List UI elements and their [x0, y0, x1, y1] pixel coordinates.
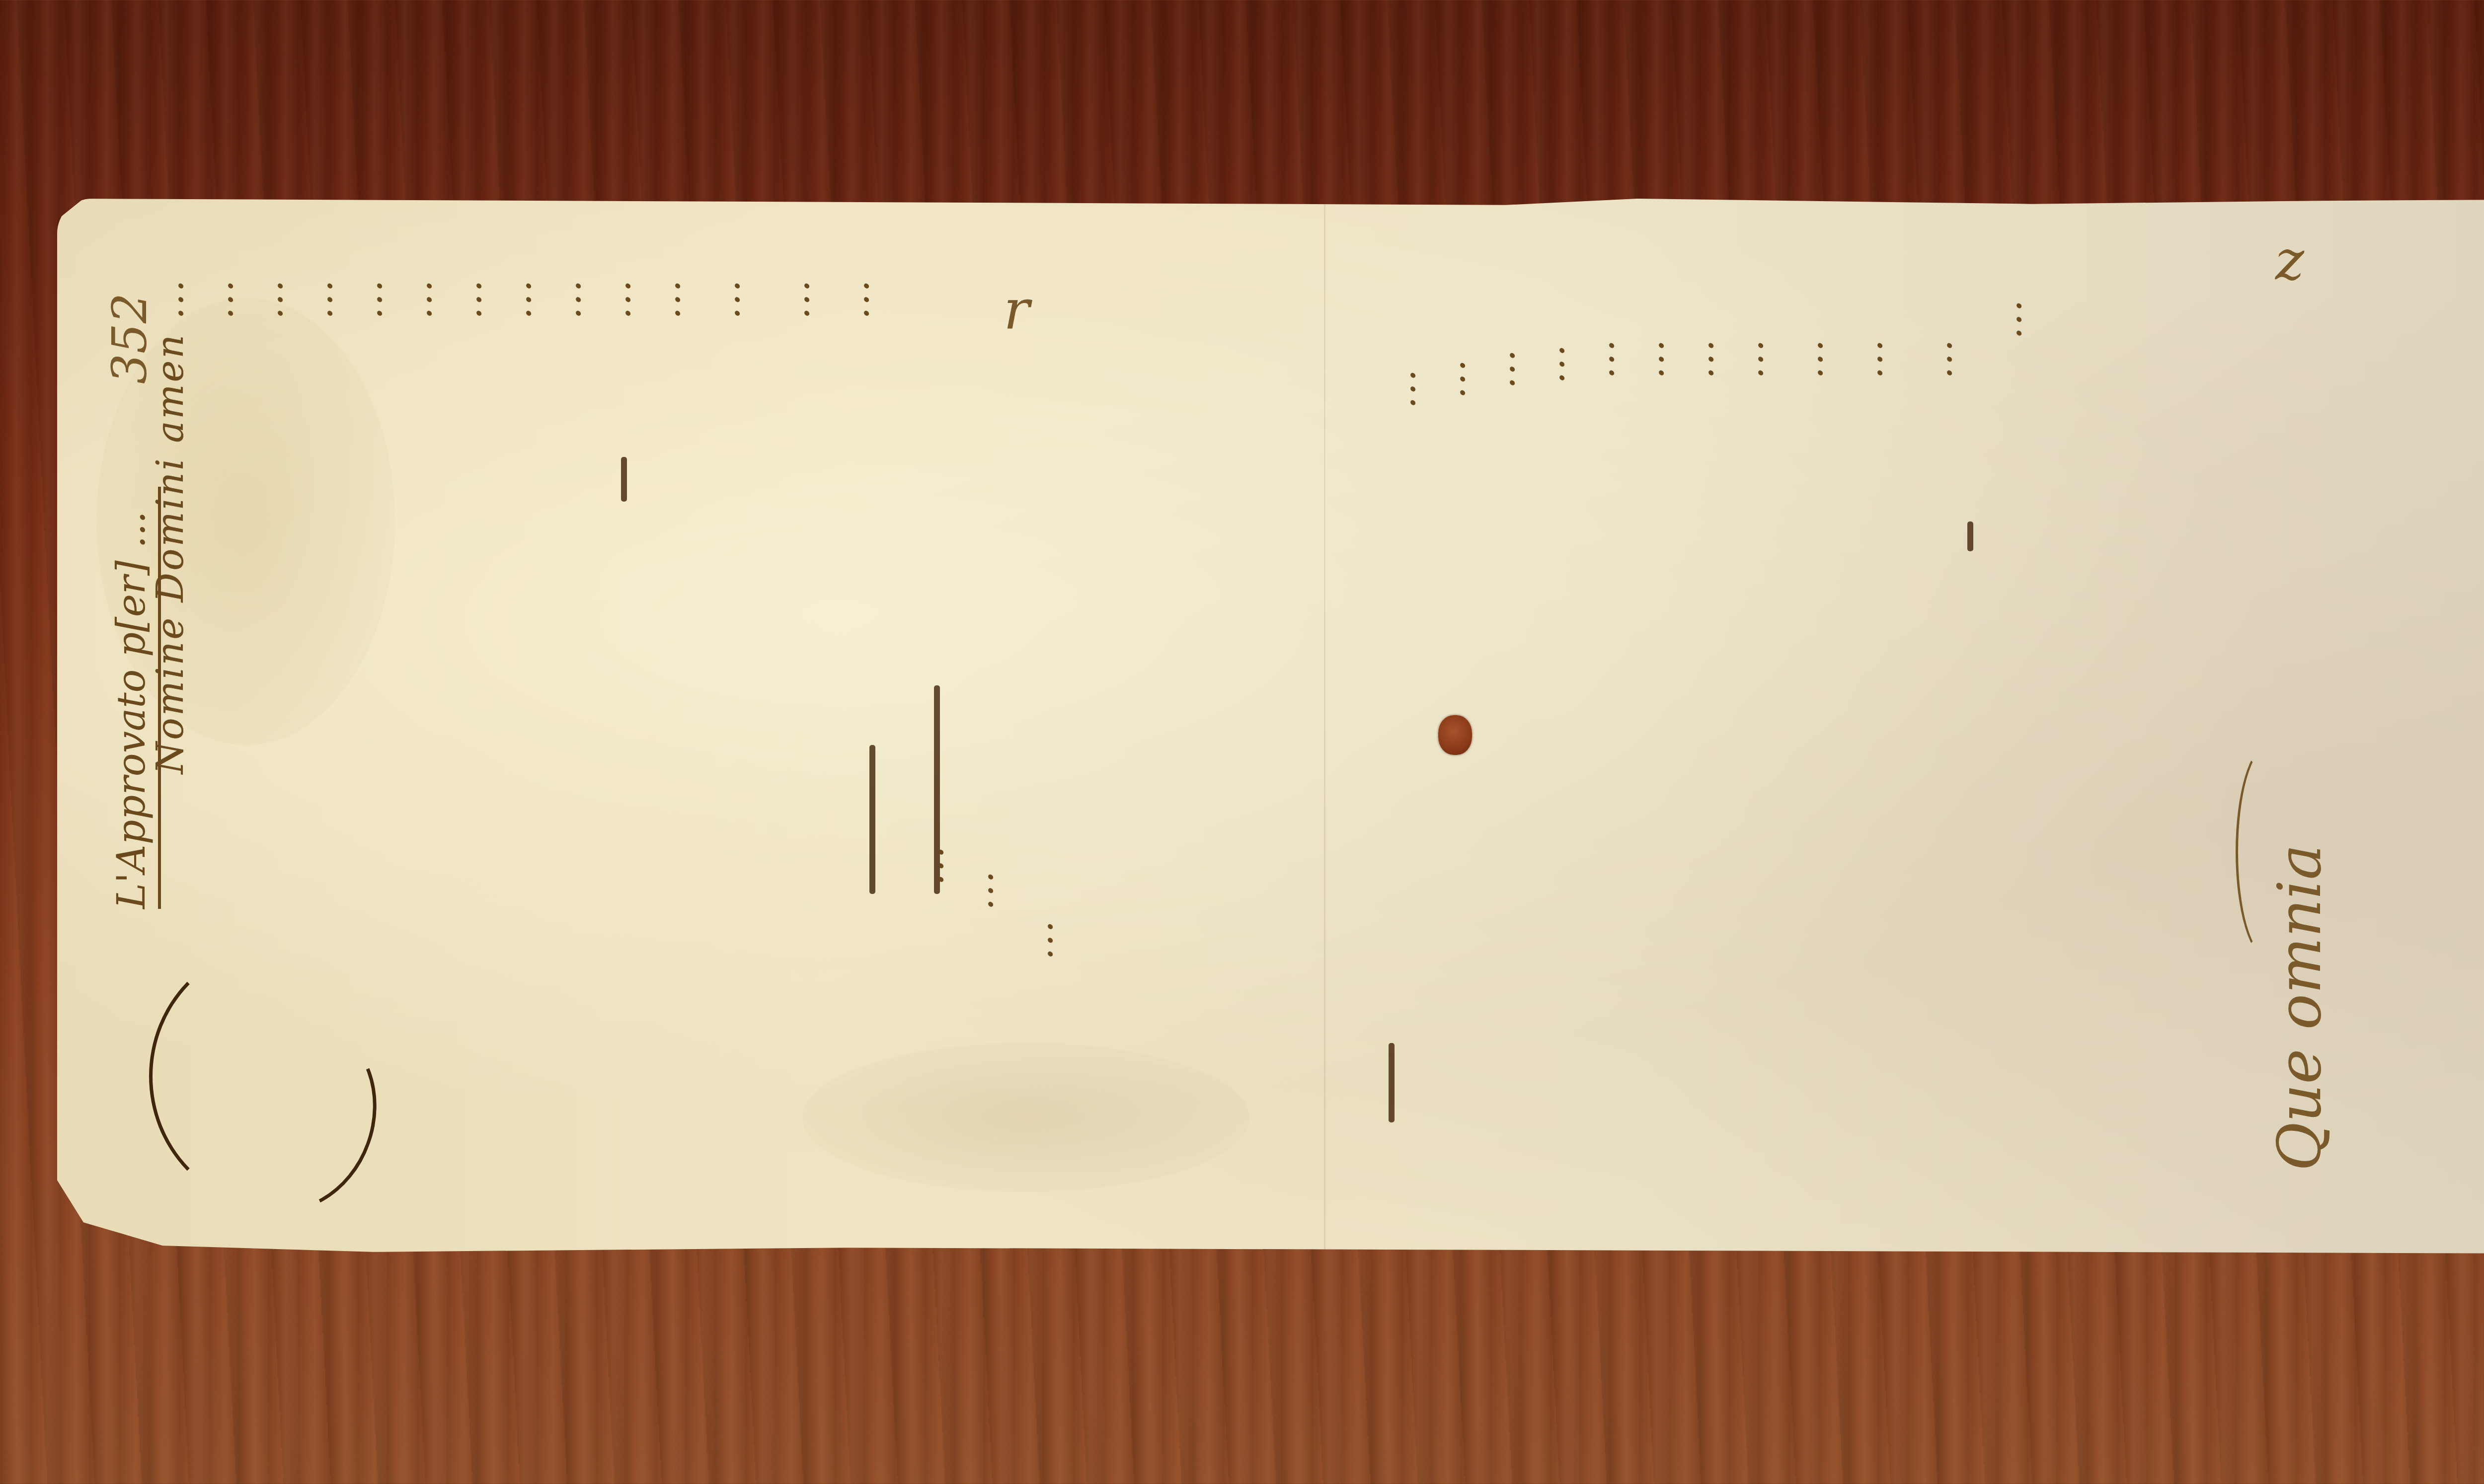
text-line: ... [1679, 338, 1722, 379]
closing-flourish [2236, 745, 2300, 959]
text-line: ... [298, 278, 341, 319]
margin-mark: r [1004, 278, 1030, 342]
text-line: ... [348, 278, 390, 319]
text-line: ... [1729, 338, 1772, 379]
text-line: ... [497, 278, 540, 319]
paper-hole [1438, 715, 1472, 755]
signoff-line: ... [959, 869, 1002, 910]
ink-mark [1389, 1043, 1395, 1122]
text-line: ... [705, 278, 748, 319]
text-line: ... [546, 278, 589, 319]
fold-line [1324, 199, 1325, 1254]
strike-through [869, 745, 875, 894]
text-line: ... [1630, 338, 1672, 379]
text-line: ... [1381, 368, 1424, 409]
text-line: ... [1918, 338, 1960, 379]
text-line: ... [1431, 358, 1474, 399]
text-line: ... [646, 278, 689, 319]
manuscript-page [57, 199, 2484, 1254]
text-line: ... [775, 278, 818, 319]
text-line: ... [1987, 298, 2030, 339]
text-line: ... [199, 278, 241, 319]
text-line: ... [596, 278, 639, 319]
text-line: ... [1580, 338, 1623, 379]
ink-mark [1967, 521, 1973, 551]
text-line: ... [248, 278, 291, 319]
signoff-line: ... [909, 844, 952, 886]
text-line: ... [1788, 338, 1831, 379]
text-line: ... [1848, 338, 1891, 379]
text-line: ... [835, 278, 877, 319]
text-line: ... [1530, 343, 1573, 384]
text-line: ... [447, 278, 490, 319]
text-line: ... [1480, 348, 1523, 389]
text-line: ... [397, 278, 440, 319]
signoff-line: ... [1018, 919, 1061, 960]
margin-mark: z [2275, 228, 2304, 292]
ink-mark [621, 457, 627, 502]
age-stain [802, 1043, 1249, 1192]
text-line: Nomine Domini amen ... [149, 278, 192, 774]
